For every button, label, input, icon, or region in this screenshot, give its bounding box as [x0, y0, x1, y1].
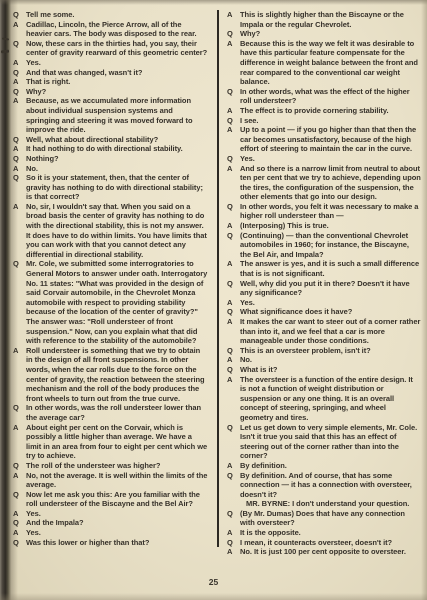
entry-text: And that was changed, wasn't it?	[26, 68, 142, 77]
entry-text: By definition.	[240, 461, 287, 470]
speaker-label: A	[227, 298, 240, 308]
entry-body: By definition. And of course, that has s…	[240, 471, 421, 509]
entry-body: Yes.	[26, 58, 208, 68]
speaker-label: Q	[227, 365, 240, 375]
speaker-label: A	[227, 10, 240, 29]
entry-body: (Continuing) — than the conventional Che…	[240, 231, 421, 260]
speaker-label: Q	[227, 471, 240, 509]
speaker-label: Q	[227, 279, 240, 298]
entry-body: Was this lower or higher than that?	[26, 538, 208, 548]
qa-entry: Q Now let me ask you this: Are you famil…	[13, 490, 208, 509]
entry-text: (By Mr. Dumas) Does that have any connec…	[240, 509, 405, 528]
entry-body: I mean, it counteracts oversteer, doesn'…	[240, 538, 421, 548]
entry-text: This is an oversteer problem, isn't it?	[240, 346, 371, 355]
entry-text: Now let me ask you this: Are you familia…	[26, 490, 200, 509]
entry-body: About eight per cent on the Corvair, whi…	[26, 423, 208, 461]
entry-text: Was this lower or higher than that?	[26, 538, 149, 547]
entry-body: Mr. Cole, we submitted some interrograto…	[26, 259, 208, 345]
speaker-label: Q	[227, 154, 240, 164]
entry-text: Cadillac, Lincoln, the Pierce Arrow, all…	[26, 20, 197, 39]
entry-body: I see.	[240, 116, 421, 126]
page-bottom-edge-shadow	[0, 593, 427, 600]
qa-entry: A Cadillac, Lincoln, the Pierce Arrow, a…	[13, 20, 208, 39]
entry-body: And so there is a narrow limit from neut…	[240, 164, 421, 202]
speaker-label: A	[227, 461, 240, 471]
qa-entry: Q Now, these cars in the thirties had, y…	[13, 39, 208, 58]
qa-entry: A No.	[227, 355, 421, 365]
speaker-label: Q	[13, 68, 26, 78]
qa-entry: A And so there is a narrow limit from ne…	[227, 164, 421, 202]
qa-entry: A (Interposing) This is true.	[227, 221, 421, 231]
speaker-label: Q	[13, 259, 26, 345]
entry-text: So it is your statement, then, that the …	[26, 173, 203, 201]
speaker-label: A	[13, 202, 26, 260]
entry-body: It makes the car want to steer out of a …	[240, 317, 421, 346]
entry-text: The answer is yes, and it is such a smal…	[240, 259, 419, 278]
entry-text: The oversteer is a function of the entir…	[240, 375, 413, 422]
speaker-label: A	[227, 164, 240, 202]
qa-entry: Q This is an oversteer problem, isn't it…	[227, 346, 421, 356]
entry-body: Tell me some.	[26, 10, 208, 20]
entry-text: And so there is a narrow limit from neut…	[240, 164, 421, 202]
entry-body: So it is your statement, then, that the …	[26, 173, 208, 202]
speaker-label: Q	[13, 135, 26, 145]
entry-body: The roll of the understeer was higher?	[26, 461, 208, 471]
qa-entry: A The effect is to provide cornering sta…	[227, 106, 421, 116]
qa-entry: A The answer is yes, and it is such a sm…	[227, 259, 421, 278]
entry-text: Yes.	[240, 154, 255, 163]
speaker-label: Q	[227, 87, 240, 106]
entry-text: The roll of the understeer was higher?	[26, 461, 160, 470]
entry-body: Yes.	[240, 154, 421, 164]
entry-text: Yes.	[240, 298, 255, 307]
speaker-label: Q	[227, 231, 240, 260]
qa-entry: Q In other words, was the roll understee…	[13, 403, 208, 422]
speaker-label: A	[227, 259, 240, 278]
qa-entry: Q By definition. And of course, that has…	[227, 471, 421, 509]
speaker-label: A	[227, 39, 240, 87]
speaker-label: Q	[13, 403, 26, 422]
entry-body: (By Mr. Dumas) Does that have any connec…	[240, 509, 421, 528]
speaker-label: Q	[227, 29, 240, 39]
speaker-label: Q	[13, 538, 26, 548]
qa-entry: Q Mr. Cole, we submitted some interrogra…	[13, 259, 208, 345]
qa-entry: Q Why?	[13, 87, 208, 97]
qa-entry: A Because, as we accumulated more inform…	[13, 96, 208, 134]
speaker-label: Q	[13, 518, 26, 528]
entry-text: No. It is just 100 per cent opposite to …	[240, 547, 406, 556]
qa-entry: A No, sir, I wouldn't say that. When you…	[13, 202, 208, 260]
qa-entry: Q In other words, you felt it was necess…	[227, 202, 421, 221]
entry-body: No.	[240, 355, 421, 365]
qa-entry: Q So it is your statement, then, that th…	[13, 173, 208, 202]
qa-entry: Q (By Mr. Dumas) Does that have any conn…	[227, 509, 421, 528]
entry-body: Yes.	[26, 528, 208, 538]
transcript-columns: Q Tell me some. A Cadillac, Lincoln, the…	[13, 10, 421, 557]
page-top-edge-shadow	[0, 0, 427, 5]
speaker-label: Q	[13, 490, 26, 509]
entry-text: Now, these cars in the thirties had, you…	[26, 39, 207, 58]
entry-text: Why?	[26, 87, 46, 96]
entry-body: Why?	[240, 29, 421, 39]
speaker-label: A	[13, 164, 26, 174]
entry-body: Roll understeer is something that we try…	[26, 346, 208, 404]
speaker-label: Q	[227, 202, 240, 221]
qa-entry: Q Yes.	[227, 154, 421, 164]
entry-text: The effect is to provide cornering stabi…	[240, 106, 388, 115]
speaker-label: A	[13, 58, 26, 68]
entry-body: Because, as we accumulated more informat…	[26, 96, 208, 134]
page-number: 25	[0, 577, 427, 587]
entry-body: And that was changed, wasn't it?	[26, 68, 208, 78]
speaker-label: Q	[227, 346, 240, 356]
entry-body: Because this is the way we felt it was d…	[240, 39, 421, 87]
qa-entry: Q Well, why did you put it in there? Doe…	[227, 279, 421, 298]
entry-body: Cadillac, Lincoln, the Pierce Arrow, all…	[26, 20, 208, 39]
qa-entry: A No, not the average. It is well within…	[13, 471, 208, 490]
entry-body: The answer is yes, and it is such a smal…	[240, 259, 421, 278]
qa-entry: A It is the opposite.	[227, 528, 421, 538]
entry-text: That is right.	[26, 77, 70, 86]
entry-text: Roll understeer is something that we try…	[26, 346, 205, 403]
speaker-label: Q	[13, 87, 26, 97]
entry-body: What significance does it have?	[240, 307, 421, 317]
entry-text: What significance does it have?	[240, 307, 352, 316]
entry-body: Nothing?	[26, 154, 208, 164]
entry-text: Why?	[240, 29, 260, 38]
entry-text: No, sir, I wouldn't say that. When you s…	[26, 202, 207, 259]
page-right-edge-shadow	[421, 0, 427, 600]
speaker-label: A	[227, 125, 240, 154]
qa-entry: A Up to a point — if you go higher than …	[227, 125, 421, 154]
entry-body: Up to a point — if you go higher than th…	[240, 125, 421, 154]
speaker-label: A	[227, 355, 240, 365]
qa-entry: Q I mean, it counteracts oversteer, does…	[227, 538, 421, 548]
entry-body: What is it?	[240, 365, 421, 375]
qa-entry: A This is slightly higher than the Bisca…	[227, 10, 421, 29]
speaker-label: Q	[13, 10, 26, 20]
speaker-label: A	[13, 509, 26, 519]
entry-body: In other words, what was the effect of t…	[240, 87, 421, 106]
qa-entry: Q Let us get down to very simple element…	[227, 423, 421, 461]
entry-body: No.	[26, 164, 208, 174]
entry-text: Well, why did you put it in there? Doesn…	[240, 279, 410, 298]
entry-body: That is right.	[26, 77, 208, 87]
qa-entry: Q In other words, what was the effect of…	[227, 87, 421, 106]
qa-entry: A No.	[13, 164, 208, 174]
entry-text: Up to a point — if you go higher than th…	[240, 125, 416, 153]
entry-body: It is the opposite.	[240, 528, 421, 538]
entry-text: (Continuing) — than the conventional Che…	[240, 231, 409, 259]
speaker-label: Q	[227, 307, 240, 317]
speaker-label: A	[13, 77, 26, 87]
speaker-label: Q	[227, 509, 240, 528]
speaker-label: A	[13, 528, 26, 538]
speaker-label: Q	[227, 116, 240, 126]
qa-entry: Q What is it?	[227, 365, 421, 375]
speaker-label: A	[13, 20, 26, 39]
speaker-label: Q	[13, 39, 26, 58]
speaker-label: A	[227, 375, 240, 423]
qa-entry: A It had nothing to do with directional …	[13, 144, 208, 154]
qa-entry: Q And the Impala?	[13, 518, 208, 528]
speaker-label: A	[13, 96, 26, 134]
entry-body: Now let me ask you this: Are you familia…	[26, 490, 208, 509]
speaker-label: A	[227, 317, 240, 346]
entry-text: (Interposing) This is true.	[240, 221, 329, 230]
speaker-label: Q	[227, 423, 240, 461]
qa-entry: Q Why?	[227, 29, 421, 39]
entry-body: Well, what about directional stability?	[26, 135, 208, 145]
speaker-label: A	[13, 423, 26, 461]
entry-text: Yes.	[26, 509, 41, 518]
entry-text: About eight per cent on the Corvair, whi…	[26, 423, 207, 461]
entry-body: No, not the average. It is well within t…	[26, 471, 208, 490]
qa-entry: A The oversteer is a function of the ent…	[227, 375, 421, 423]
speaker-label: Q	[227, 538, 240, 548]
entry-text: It makes the car want to steer out of a …	[240, 317, 420, 345]
qa-entry: Q I see.	[227, 116, 421, 126]
entry-body: Yes.	[26, 509, 208, 519]
entry-text: In other words, was the roll understeer …	[26, 403, 201, 422]
qa-entry: A It makes the car want to steer out of …	[227, 317, 421, 346]
entry-text: Let us get down to very simple elements,…	[240, 423, 417, 461]
entry-extra-line: MR. BYRNE: I don't understand your quest…	[240, 499, 421, 509]
speaker-label: Q	[13, 173, 26, 202]
speaker-label: A	[13, 346, 26, 404]
entry-body: And the Impala?	[26, 518, 208, 528]
speaker-label: A	[227, 528, 240, 538]
transcript-column-left: Q Tell me some. A Cadillac, Lincoln, the…	[13, 10, 217, 557]
entry-body: Why?	[26, 87, 208, 97]
entry-text: In other words, you felt it was necessar…	[240, 202, 418, 221]
entry-text: Yes.	[26, 58, 41, 67]
entry-body: In other words, you felt it was necessar…	[240, 202, 421, 221]
qa-entry: A Yes.	[13, 528, 208, 538]
entry-body: This is slightly higher than the Biscayn…	[240, 10, 421, 29]
entry-text: Yes.	[26, 528, 41, 537]
entry-body: No, sir, I wouldn't say that. When you s…	[26, 202, 208, 260]
entry-text: Nothing?	[26, 154, 59, 163]
qa-entry: A No. It is just 100 per cent opposite t…	[227, 547, 421, 557]
entry-body: No. It is just 100 per cent opposite to …	[240, 547, 421, 557]
qa-entry: Q Well, what about directional stability…	[13, 135, 208, 145]
qa-entry: A Yes.	[13, 509, 208, 519]
entry-body: Now, these cars in the thirties had, you…	[26, 39, 208, 58]
entry-text: Because, as we accumulated more informat…	[26, 96, 192, 134]
qa-entry: A About eight per cent on the Corvair, w…	[13, 423, 208, 461]
transcript-column-right: A This is slightly higher than the Bisca…	[217, 10, 421, 557]
entry-body: By definition.	[240, 461, 421, 471]
speaker-label: A	[13, 471, 26, 490]
entry-body: The effect is to provide cornering stabi…	[240, 106, 421, 116]
entry-text: Well, what about directional stability?	[26, 135, 158, 144]
speaker-label: A	[227, 106, 240, 116]
qa-entry: Q Was this lower or higher than that?	[13, 538, 208, 548]
entry-body: Let us get down to very simple elements,…	[240, 423, 421, 461]
qa-entry: Q And that was changed, wasn't it?	[13, 68, 208, 78]
speaker-label: A	[13, 144, 26, 154]
qa-entry: A By definition.	[227, 461, 421, 471]
entry-body: This is an oversteer problem, isn't it?	[240, 346, 421, 356]
entry-text: No, not the average. It is well within t…	[26, 471, 207, 490]
scanned-transcript-page: Q Tell me some. A Cadillac, Lincoln, the…	[0, 0, 427, 600]
speaker-label: Q	[13, 154, 26, 164]
entry-text: No.	[240, 355, 252, 364]
entry-body: Well, why did you put it in there? Doesn…	[240, 279, 421, 298]
qa-entry: Q Nothing?	[13, 154, 208, 164]
qa-entry: Q Tell me some.	[13, 10, 208, 20]
entry-text: It is the opposite.	[240, 528, 301, 537]
entry-text: In other words, what was the effect of t…	[240, 87, 410, 106]
qa-entry: Q (Continuing) — than the conventional C…	[227, 231, 421, 260]
entry-text: By definition. And of course, that has s…	[240, 471, 412, 499]
entry-text: It had nothing to do with directional st…	[26, 144, 183, 153]
entry-text: Tell me some.	[26, 10, 74, 19]
entry-text: No.	[26, 164, 38, 173]
speaker-label: A	[227, 221, 240, 231]
qa-entry: Q What significance does it have?	[227, 307, 421, 317]
entry-text: And the Impala?	[26, 518, 84, 527]
entry-body: (Interposing) This is true.	[240, 221, 421, 231]
entry-text: This is slightly higher than the Biscayn…	[240, 10, 404, 29]
entry-text: I see.	[240, 116, 258, 125]
entry-text: Because this is the way we felt it was d…	[240, 39, 418, 86]
qa-entry: A Yes.	[227, 298, 421, 308]
entry-text: I mean, it counteracts oversteer, doesn'…	[240, 538, 392, 547]
entry-body: It had nothing to do with directional st…	[26, 144, 208, 154]
qa-entry: A Yes.	[13, 58, 208, 68]
entry-body: Yes.	[240, 298, 421, 308]
entry-body: In other words, was the roll understeer …	[26, 403, 208, 422]
qa-entry: A That is right.	[13, 77, 208, 87]
qa-entry: A Roll understeer is something that we t…	[13, 346, 208, 404]
speaker-label: A	[227, 547, 240, 557]
qa-entry: A Because this is the way we felt it was…	[227, 39, 421, 87]
entry-text: What is it?	[240, 365, 277, 374]
speaker-label: Q	[13, 461, 26, 471]
entry-body: The oversteer is a function of the entir…	[240, 375, 421, 423]
qa-entry: Q The roll of the understeer was higher?	[13, 461, 208, 471]
entry-text: Mr. Cole, we submitted some interrograto…	[26, 259, 207, 345]
